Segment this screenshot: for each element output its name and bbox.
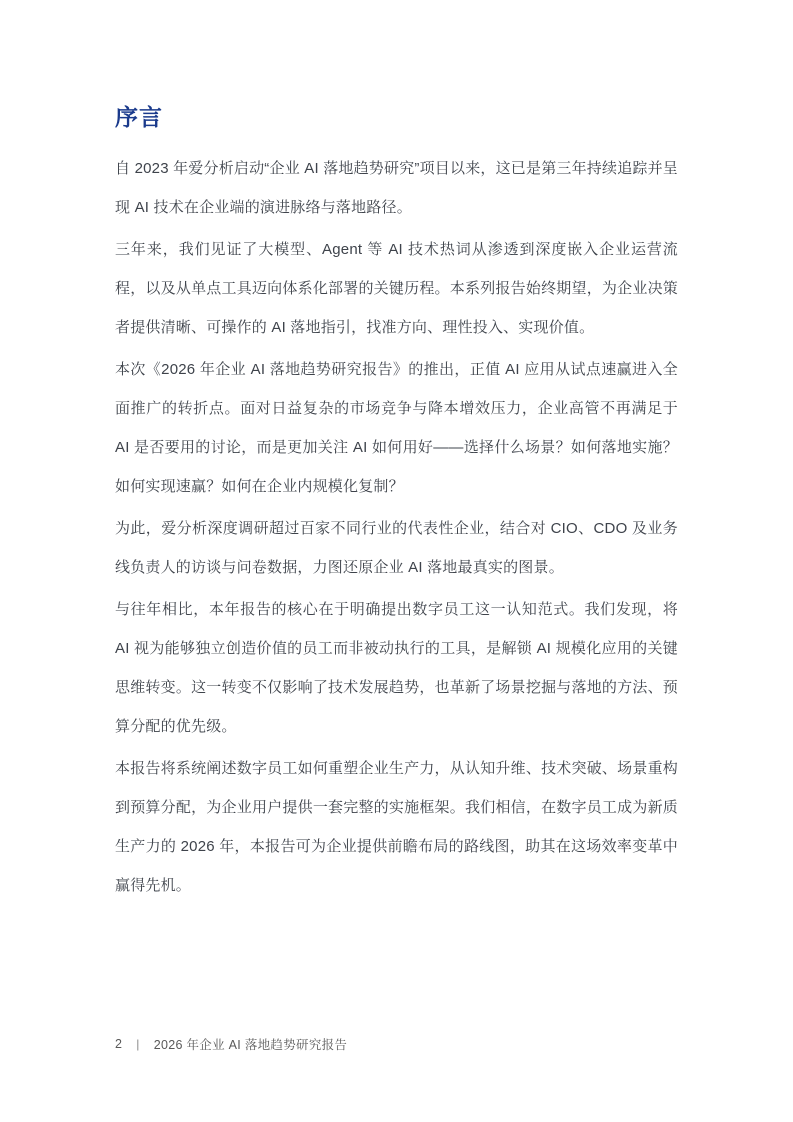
- page-footer: 2 | 2026 年企业 AI 落地趋势研究报告: [115, 1035, 347, 1053]
- footer-separator: |: [136, 1037, 139, 1051]
- section-title: 序言: [115, 99, 678, 135]
- paragraph-6: 本报告将系统阐述数字员工如何重塑企业生产力，从认知升维、技术突破、场景重构到预算…: [115, 749, 678, 905]
- page-number: 2: [115, 1037, 122, 1051]
- paragraph-2: 三年来，我们见证了大模型、Agent 等 AI 技术热词从渗透到深度嵌入企业运营…: [115, 230, 678, 347]
- footer-report-title: 2026 年企业 AI 落地趋势研究报告: [154, 1035, 348, 1053]
- paragraph-3: 本次《2026 年企业 AI 落地趋势研究报告》的推出，正值 AI 应用从试点速…: [115, 350, 678, 506]
- paragraph-1: 自 2023 年爱分析启动“企业 AI 落地趋势研究”项目以来，这已是第三年持续…: [115, 149, 678, 227]
- report-page: 序言 自 2023 年爱分析启动“企业 AI 落地趋势研究”项目以来，这已是第三…: [0, 0, 793, 1122]
- paragraph-4: 为此，爱分析深度调研超过百家不同行业的代表性企业，结合对 CIO、CDO 及业务…: [115, 509, 678, 587]
- paragraph-5: 与往年相比，本年报告的核心在于明确提出数字员工这一认知范式。我们发现，将 AI …: [115, 590, 678, 746]
- page-content: 序言 自 2023 年爱分析启动“企业 AI 落地趋势研究”项目以来，这已是第三…: [115, 99, 678, 908]
